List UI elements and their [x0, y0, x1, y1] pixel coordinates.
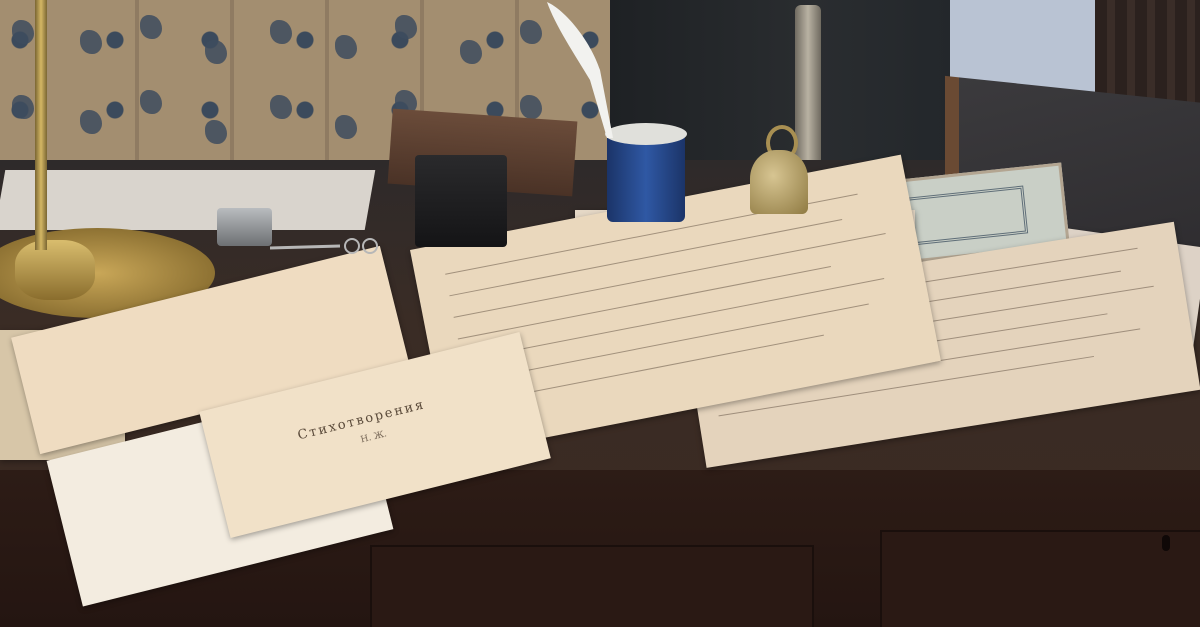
drawer [880, 530, 1200, 627]
pattern-motif [140, 15, 162, 39]
brass-scale-base [15, 240, 95, 300]
pattern-motif [335, 115, 357, 139]
silver-case [217, 208, 272, 246]
pattern-motif [12, 95, 34, 119]
handwriting-line [449, 219, 842, 296]
pattern-motif [12, 20, 34, 44]
pattern-motif [205, 40, 227, 64]
booklet-subtitle: Н. Ж. [360, 429, 388, 445]
handwriting-line [462, 278, 884, 361]
pattern-motif [520, 20, 542, 44]
pattern-motif [140, 90, 162, 114]
inkwell-rim [605, 123, 687, 145]
candlestick [795, 5, 821, 175]
pattern-motif [80, 30, 102, 54]
quill-icon [545, 0, 615, 140]
pattern-motif [270, 20, 292, 44]
brass-bell [750, 150, 808, 214]
brass-scale-pole [35, 0, 47, 250]
keyhole-icon [1162, 535, 1170, 551]
black-box [415, 155, 507, 247]
background-papers [0, 170, 375, 230]
scissors-icon [270, 236, 385, 258]
handwriting-line [458, 266, 831, 339]
pattern-motif [80, 110, 102, 134]
pattern-motif [520, 95, 542, 119]
drawer [370, 545, 814, 627]
pattern-motif [205, 120, 227, 144]
handwriting-line [454, 233, 886, 318]
pattern-motif [460, 40, 482, 64]
pattern-motif [395, 15, 417, 39]
pattern-motif [270, 95, 292, 119]
pattern-motif [335, 35, 357, 59]
